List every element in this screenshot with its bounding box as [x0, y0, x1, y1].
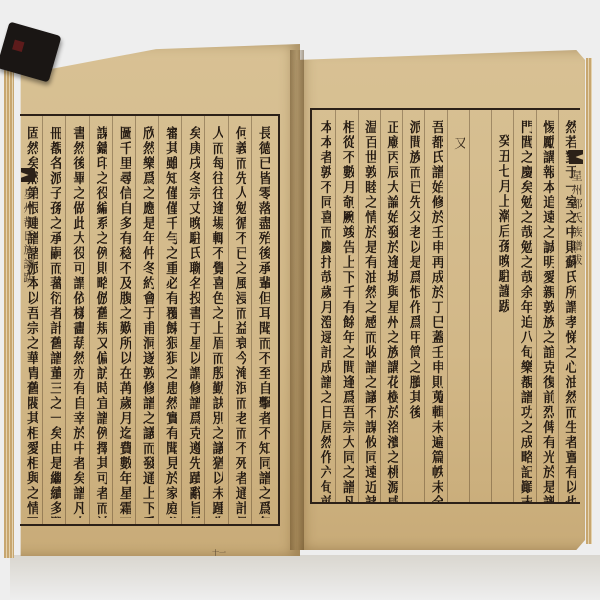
- text-column: 癸丑七月上澣后孫晚駐謹跋: [491, 110, 513, 502]
- column-text: 正廟丙辰大論始發於逢城與星州之族講花樹於洛濱之桃源咸儀秩秩譚笑温: [385, 120, 399, 502]
- left-page-spine-label: 星州都氏族譜跋: [20, 168, 36, 308]
- left-page-text-frame: 長德已皆零落盡殆後承輩但耳聞而不至自擊者不知同譜之爲何事同祖之爲 何義而先人勉循…: [20, 114, 280, 526]
- text-column: 相從不數月剞劂竣告上下千有餘年之間逢爲吾宗大同之譜凡我同譜之源源: [335, 110, 357, 502]
- column-text: 温百世敦睦之情於是有油然之感而收譜之議不謀攸同遠近諸宗亦如影響之: [362, 120, 376, 502]
- text-column-blank: [469, 110, 491, 502]
- text-column: 門閭之慶矣勉之哉勉之哉余年迫八旬樂覩譜功之成略記顚末云爾: [513, 110, 535, 502]
- column-text: 何義而先人勉循不已之風浸而益衰今淹泯而老而不死者通計星逢不過四五: [233, 126, 247, 518]
- column-text: 吾都氏譜始修於壬申再成於丁巳蓋壬申則蒐輯未遍篇帙未全只是湖嶺間名: [429, 120, 443, 502]
- text-column: 人而每往往逢場輒不覺喜色之上眉而殷勤訣別之議猶以未踵先人之業爲慨: [204, 116, 227, 524]
- section-heading: 又: [451, 120, 465, 502]
- text-column: 正廟丙辰大論始發於逢城與星州之族講花樹於洛濱之桃源咸儀秩秩譚笑温: [380, 110, 402, 502]
- left-page-columns: 長德已皆零落盡殆後承輩但耳聞而不至自擊者不知同譜之爲何事同祖之爲 何義而先人勉循…: [20, 116, 274, 524]
- fish-tail-mark-icon: [569, 150, 583, 164]
- column-text: 謀鑄印之役編系之例則略倣舊規又偏訪時宜譜例擇其可者而補而文之顧茲: [94, 126, 108, 518]
- column-text: 長德已皆零落盡殆後承輩但耳聞而不至自擊者不知同譜之爲何事同祖之爲: [256, 126, 270, 518]
- text-column: 又: [447, 110, 469, 502]
- text-column: 審其雖知僅僅千勻之重必有覆餗狠狽之患然實有聞見於家庭父兄者不覺心: [158, 116, 181, 524]
- text-column: 圖千里尋信自多有稔不及腹之歎所以在苒歲月迄費數年星霜而至今年春始: [112, 116, 135, 524]
- column-text: 冊覩各派子孫之承嗣而蕃衍者計舊譜董三之一矣由是繼續多闕弓秩不重勢: [47, 126, 61, 518]
- column-text: 人而每往往逢場輒不覺喜色之上眉而殷勤訣別之議猶以未踵先人之業爲慨: [210, 126, 224, 518]
- text-column: 謀鑄印之役編系之例則略倣舊規又偏訪時宜譜例擇其可者而補而文之顧茲: [89, 116, 112, 524]
- right-page-spine-label: 星州都氏族譜跋: [568, 150, 584, 300]
- text-column: 惕勵講報本追遠之誠明愛親敦族之誼克復前烈俾有光於是譜則我其卜昌大: [536, 110, 558, 502]
- column-text: 矣庚戌冬宗丈晚駐氏聯名投書于星以謂修譜爲克遵先蹟辭旨繾綣禹瑑自量: [187, 126, 201, 518]
- page-edges-right: [586, 58, 592, 544]
- spine-title: 星州都氏族譜跋: [568, 170, 584, 268]
- column-text: 書然後畢之做此大役可謂依樣畵葫然亦有自幸於中者矣譜凡十四篇而爲七: [71, 126, 85, 518]
- column-text: 圖千里尋信自多有稔不及腹之歎所以在苒歲月迄費數年星霜而至今年春始: [117, 126, 131, 518]
- text-column: 本本者孰不同喜而慶抃哉歲月澄逯計成譜之日居然作六旬前塵各派之父兄: [314, 110, 335, 502]
- text-column: 欣然樂爲之應是年仲冬約會于甫洞遂敦修譜之議而發通上下爲無遺畢舉之: [135, 116, 158, 524]
- fish-tail-mark-icon: [21, 168, 35, 182]
- column-text: 惕勵講報本追遠之誠明愛親敦族之誼克復前烈俾有光於是譜則我其卜昌大: [540, 120, 554, 502]
- folio-number: 十一: [212, 548, 226, 558]
- colophon-signature: 癸丑七月上澣后孫晚駐謹跋: [496, 120, 510, 502]
- spine-title: 星州都氏族譜跋: [20, 188, 36, 286]
- column-text: 本本者孰不同喜而慶抃哉歲月澄逯計成譜之日居然作六旬前塵各派之父兄: [318, 120, 332, 502]
- text-column: 矣庚戌冬宗丈晚駐氏聯名投書于星以謂修譜爲克遵先蹟辭旨繾綣禹瑑自量: [181, 116, 204, 524]
- text-column: 吾都氏譜始修於壬申再成於丁巳蓋壬申則蒐輯未遍篇帙未全只是湖嶺間名: [424, 110, 446, 502]
- text-column: 派間族而已先父老以是爲恨作爲甲筒之賸其後: [402, 110, 424, 502]
- right-page-columns: 然若對于一室之中則蘇氏所謂孝悌之心油然而生者亶有以也惟賓僉宗冬自 惕勵講報本追遠…: [314, 110, 580, 502]
- table-shadow: [10, 555, 600, 600]
- column-text: 派間族而已先父老以是爲恨作爲甲筒之賸其後: [407, 120, 421, 502]
- column-text: 審其雖知僅僅千勻之重必有覆餗狠狽之患然實有聞見於家庭父兄者不覺心: [163, 126, 177, 518]
- text-column: 冊覩各派子孫之承嗣而蕃衍者計舊譜董三之一矣由是繼續多闕弓秩不重勢: [42, 116, 65, 524]
- text-column: 書然後畢之做此大役可謂依樣畵葫然亦有自幸於中者矣譜凡十四篇而爲七: [65, 116, 88, 524]
- page-edges-left: [4, 70, 14, 558]
- column-text: 相從不數月剞劂竣告上下千有餘年之間逢爲吾宗大同之譜凡我同譜之源源: [340, 120, 354, 502]
- text-column: 長德已皆零落盡殆後承輩但耳聞而不至自擊者不知同譜之爲何事同祖之爲: [251, 116, 274, 524]
- text-column: 何義而先人勉循不已之風浸而益衰今淹泯而老而不死者通計星逢不過四五: [228, 116, 251, 524]
- column-text: 門閭之慶矣勉之哉勉之哉余年迫八旬樂覩譜功之成略記顚末云爾: [518, 120, 532, 502]
- book-gutter: [290, 50, 304, 550]
- right-page-text-frame: 然若對于一室之中則蘇氏所謂孝悌之心油然而生者亶有以也惟賓僉宗冬自 惕勵講報本追遠…: [310, 108, 580, 504]
- column-text: 欣然樂爲之應是年仲冬約會于甫洞遂敦修譜之議而發通上下爲無遺畢舉之: [140, 126, 154, 518]
- text-column: 温百世敦睦之情於是有油然之感而收譜之議不謀攸同遠近諸宗亦如影響之: [358, 110, 380, 502]
